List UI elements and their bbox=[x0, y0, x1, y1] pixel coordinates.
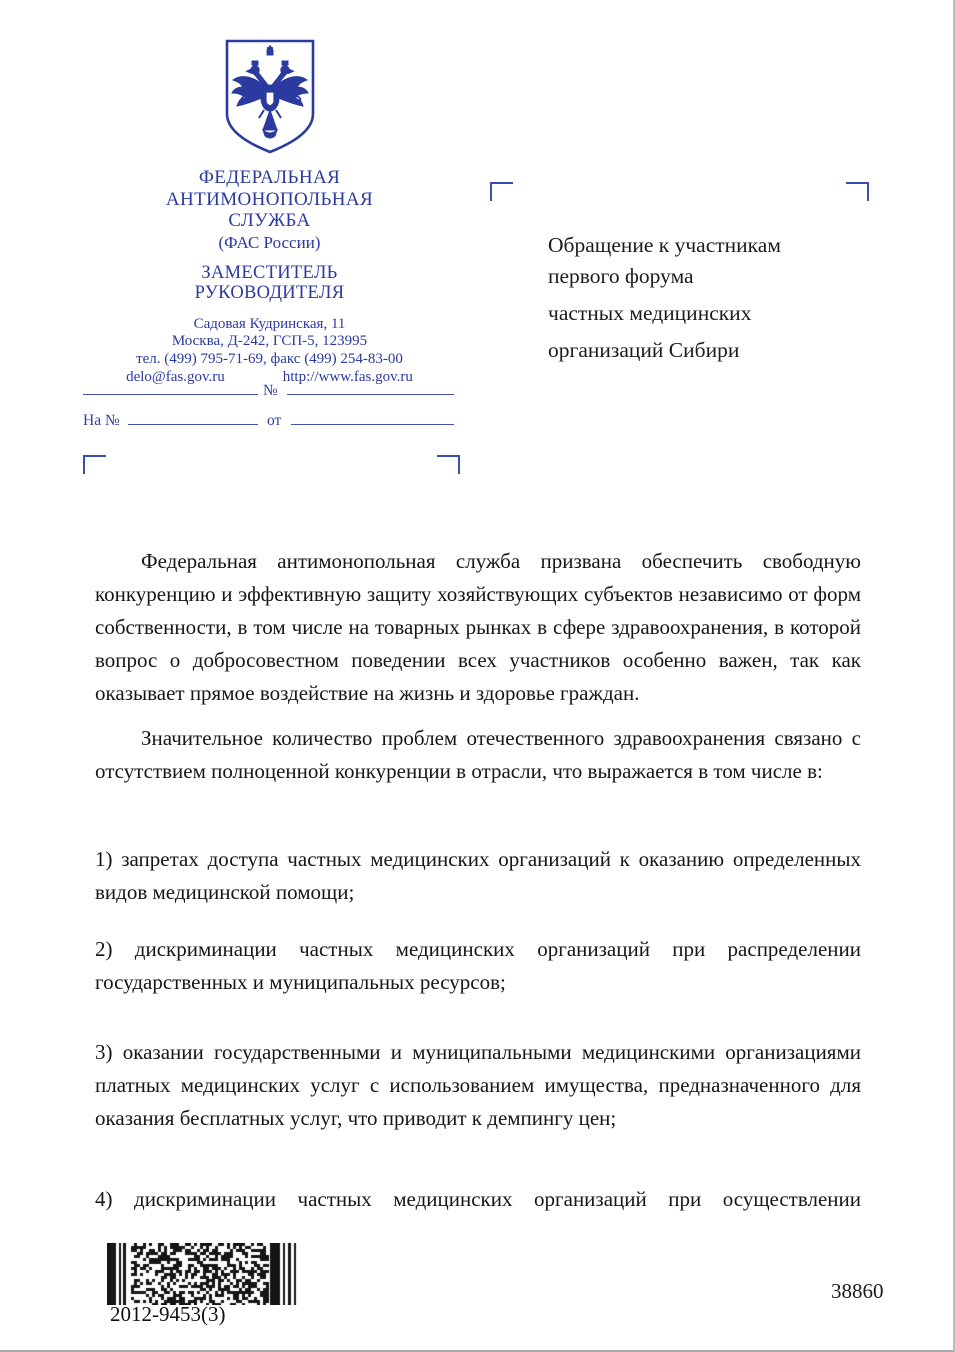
position-title-line2: РУКОВОДИТЕЛЯ bbox=[72, 283, 467, 304]
paragraph: Федеральная антимонопольная служба призв… bbox=[95, 545, 861, 710]
from-date-label: от bbox=[267, 412, 281, 430]
org-name-line1: ФЕДЕРАЛЬНАЯ bbox=[72, 167, 467, 189]
address-city: Москва, Д-242, ГСП-5, 123995 bbox=[72, 333, 467, 351]
email: delo@fas.gov.ru bbox=[126, 368, 225, 386]
corner-mark-top-right bbox=[846, 182, 869, 201]
number-label: № bbox=[263, 382, 278, 400]
letterhead: ФЕДЕРАЛЬНАЯ АНТИМОНОПОЛЬНАЯ СЛУЖБА (ФАС … bbox=[72, 38, 467, 386]
org-name-line2: АНТИМОНОПОЛЬНАЯ bbox=[72, 189, 467, 211]
list-item: 2) дискриминации частных медицинских орг… bbox=[95, 933, 861, 999]
ref-line-blank-1 bbox=[83, 394, 258, 395]
barcode bbox=[107, 1243, 299, 1305]
list-item: 3) оказании государственными и муниципал… bbox=[95, 1036, 861, 1135]
phone-fax: тел. (499) 795-71-69, факс (499) 254-83-… bbox=[72, 351, 467, 369]
list-item: 1) запретах доступа частных медицинских … bbox=[95, 843, 861, 909]
address-street: Садовая Кудринская, 11 bbox=[72, 316, 467, 334]
recipient-line: организаций Сибири bbox=[548, 338, 739, 363]
position-title-line1: ЗАМЕСТИТЕЛЬ bbox=[72, 263, 467, 284]
list-item: 4) дискриминации частных медицинских орг… bbox=[95, 1183, 861, 1216]
org-short-name: (ФАС России) bbox=[72, 233, 467, 253]
paragraph: Значительное количество проблем отечеств… bbox=[95, 722, 861, 788]
reply-number-label: На № bbox=[83, 412, 120, 430]
website: http://www.fas.gov.ru bbox=[283, 368, 413, 386]
page-code: 38860 bbox=[831, 1279, 884, 1304]
org-name-line3: СЛУЖБА bbox=[72, 210, 467, 232]
ref-line-date bbox=[291, 424, 454, 425]
corner-mark-bottom-right bbox=[437, 455, 460, 474]
corner-mark-bottom-left bbox=[83, 455, 106, 474]
coat-of-arms-icon bbox=[219, 38, 321, 161]
document-page: ФЕДЕРАЛЬНАЯ АНТИМОНОПОЛЬНАЯ СЛУЖБА (ФАС … bbox=[0, 0, 955, 1352]
ref-line-number bbox=[287, 394, 454, 395]
ref-line-reply bbox=[128, 424, 258, 425]
barcode-label: 2012-9453(3) bbox=[110, 1302, 225, 1327]
recipient-line: Обращение к участникам bbox=[548, 233, 781, 258]
recipient-line: первого форума bbox=[548, 264, 694, 289]
recipient-line: частных медицинских bbox=[548, 301, 751, 326]
corner-mark-top-left bbox=[490, 182, 513, 201]
